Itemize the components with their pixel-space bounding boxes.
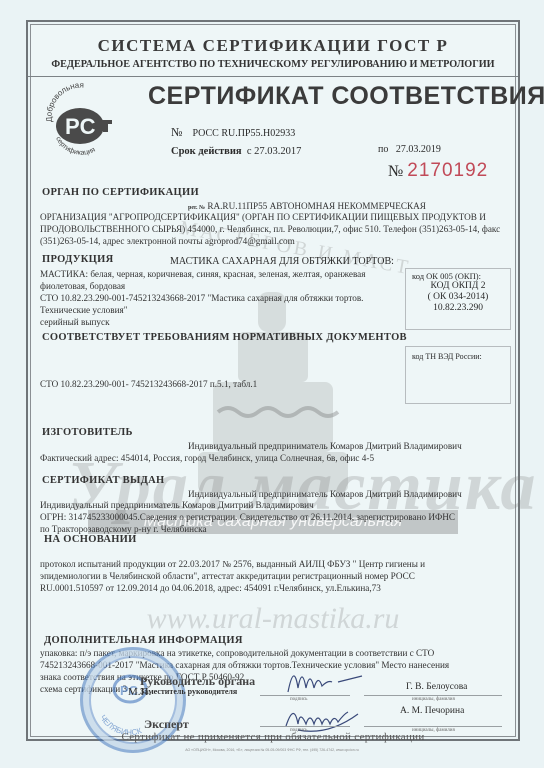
tnved-code-box: код ТН ВЭД России: <box>405 346 511 404</box>
okpd-code-box: код ОК 005 (ОКП): КОД ОКПД 2 ( ОК 034-20… <box>405 268 511 330</box>
expert-name-line <box>364 726 502 727</box>
rst-logo-icon: Добровольная PC сертификация <box>42 82 120 160</box>
manufacturer-address: Фактический адрес: 454014, Россия, город… <box>40 452 374 464</box>
certificate-frame: МАСТЕРОВ И МАСТ Урал мастика Мастика сах… <box>26 20 520 741</box>
deputy-label: Заместитель руководителя <box>140 687 237 696</box>
system-title: СИСТЕМА СЕРТИФИКАЦИИ ГОСТ Р <box>28 36 518 56</box>
cert-body-text: ОРГАНИЗАЦИЯ "АГРОПРОДСЕРТИФИКАЦИЯ" (ОРГА… <box>40 211 510 247</box>
product-text: МАСТИКА: белая, черная, коричневая, синя… <box>40 268 400 328</box>
certificate-number: №РОСС RU.ПР55.Н02933 <box>171 125 295 140</box>
section-issued-to: СЕРТИФИКАТ ВЫДАН <box>42 475 164 486</box>
watermark-url: www.ural-mastika.ru <box>28 602 518 636</box>
expert-name: А. М. Печорина <box>400 706 464 716</box>
basis-text: протокол испытаний продукции от 22.03.20… <box>40 558 425 594</box>
conformity-document: СТО 10.82.23.290-001- 745213243668-2017 … <box>40 378 257 390</box>
section-additional-info: ДОПОЛНИТЕЛЬНАЯ ИНФОРМАЦИЯ <box>44 635 243 646</box>
valid-to: по 27.03.2019 <box>378 144 441 155</box>
head-name-caption: инициалы, фамилия <box>412 697 455 702</box>
head-name-line <box>364 695 502 696</box>
product-name: МАСТИКА САХАРНАЯ ДЛЯ ОБТЯЖКИ ТОРТОВ: <box>170 256 394 267</box>
divider <box>28 76 518 77</box>
head-signature-line <box>260 695 350 696</box>
section-product: ПРОДУКЦИЯ <box>42 254 113 265</box>
svg-text:PC: PC <box>65 114 96 139</box>
agency-name: ФЕДЕРАЛЬНОЕ АГЕНТСТВО ПО ТЕХНИЧЕСКОМУ РЕ… <box>28 59 518 70</box>
section-manufacturer: ИЗГОТОВИТЕЛЬ <box>42 427 133 438</box>
section-conformity: СООТВЕТСТВУЕТ ТРЕБОВАНИЯМ НОРМАТИВНЫХ ДО… <box>42 332 407 343</box>
footer-note: Сертификат не применяется при обязательн… <box>28 731 518 743</box>
issued-to-details: Индивидуальный предприниматель Комаров Д… <box>40 499 455 535</box>
serial-number: № 2170192 <box>388 160 488 182</box>
head-signature-caption: подпись <box>290 697 307 702</box>
validity-period: Срок действия с 27.03.2017 <box>171 146 301 157</box>
certificate-title: СЕРТИФИКАТ СООТВЕТСТВИЯ <box>148 82 544 111</box>
manufacturer-name: Индивидуальный предприниматель Комаров Д… <box>188 440 462 452</box>
expert-signature-line <box>260 726 350 727</box>
print-info: АО «ОПЦИОН», Москва, 2016, «Б», лицензия… <box>0 748 544 752</box>
expert-label: Эксперт <box>144 717 189 732</box>
head-name: Г. В. Белоусова <box>406 682 467 692</box>
section-cert-body: ОРГАН ПО СЕРТИФИКАЦИИ <box>42 187 199 198</box>
section-basis: НА ОСНОВАНИИ <box>44 534 137 545</box>
